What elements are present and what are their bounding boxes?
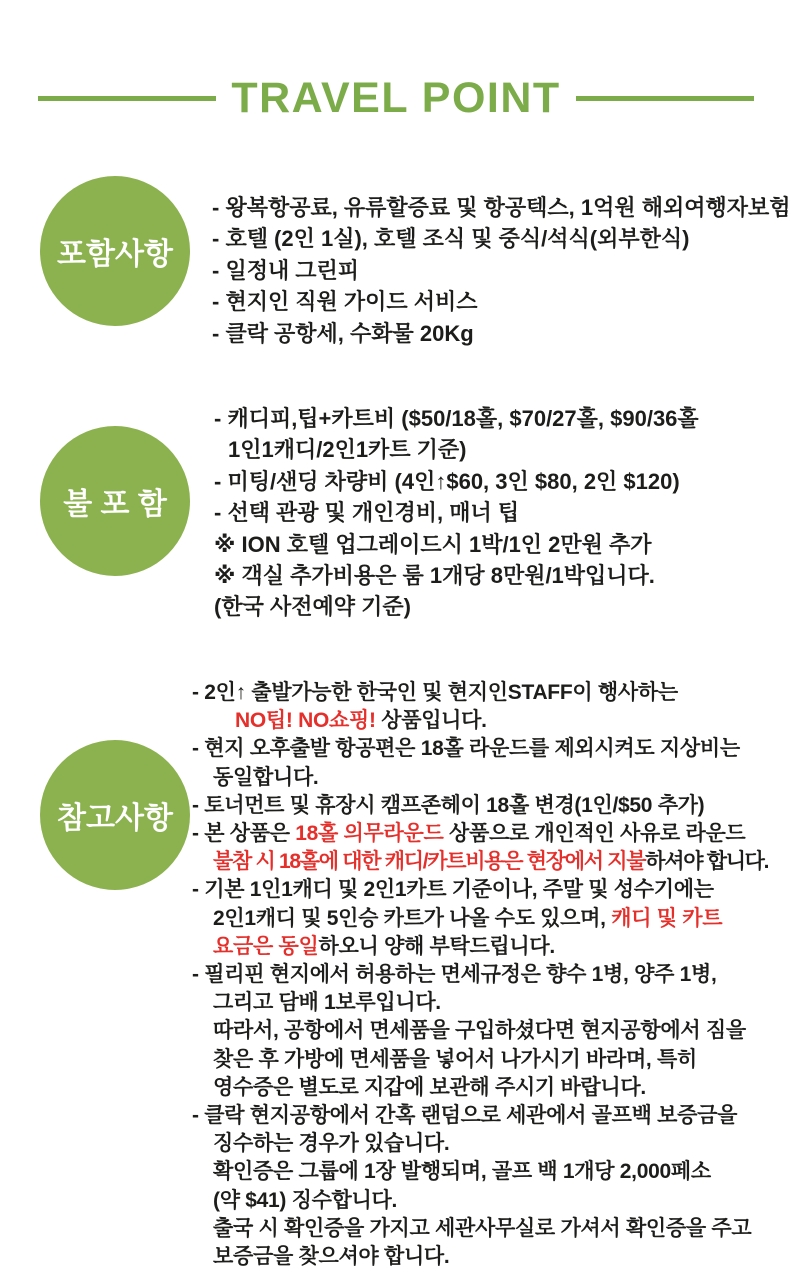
- included-section-text: - 왕복항공료, 유류할증료 및 항공텍스, 1억원 해외여행자보험- 호텔 (…: [212, 192, 791, 349]
- page-title: TRAVEL POINT: [231, 74, 560, 123]
- body-text: - 클락 공항세, 수화물 20Kg: [212, 321, 474, 346]
- text-line: NO팁! NO쇼핑! 상품입니다.: [192, 707, 768, 735]
- highlighted-text: 불참 시 18홀에 대한 캐디/카트비용은 현장에서 지불: [213, 850, 645, 873]
- text-line: - 클락 공항세, 수화물 20Kg: [212, 318, 791, 349]
- text-line: - 2인↑ 출발가능한 한국인 및 현지인STAFF이 행사하는: [192, 679, 768, 707]
- notes-section-text: - 2인↑ 출발가능한 한국인 및 현지인STAFF이 행사하는NO팁! NO쇼…: [192, 679, 768, 1271]
- text-line: 출국 시 확인증을 가지고 세관사무실로 가셔서 확인증을 주고: [192, 1215, 768, 1243]
- text-line: ※ 객실 추가비용은 룸 1개당 8만원/1박입니다.: [214, 560, 699, 591]
- body-text: 출국 시 확인증을 가지고 세관사무실로 가셔서 확인증을 주고: [213, 1217, 751, 1240]
- text-line: 불참 시 18홀에 대한 캐디/카트비용은 현장에서 지불하셔야 합니다.: [192, 848, 768, 876]
- text-line: - 호텔 (2인 1실), 호텔 조식 및 중식/석식(외부한식): [212, 223, 791, 254]
- body-text: 하오니 양해 부탁드립니다.: [318, 935, 554, 958]
- not-included-section-text: - 캐디피,팁+카트비 ($50/18홀, $70/27홀, $90/36홀1인…: [214, 403, 699, 623]
- header: TRAVEL POINT: [0, 74, 792, 123]
- header-rule-left-divider: [38, 96, 216, 101]
- travel-point-flyer: TRAVEL POINT 포함사항 - 왕복항공료, 유류할증료 및 항공텍스,…: [0, 0, 792, 1280]
- body-text: (약 $41) 징수합니다.: [213, 1189, 397, 1212]
- body-text: - 선택 관광 및 개인경비, 매너 팁: [214, 500, 519, 525]
- body-text: - 2인↑ 출발가능한 한국인 및 현지인STAFF이 행사하는: [192, 681, 678, 704]
- text-line: - 캐디피,팁+카트비 ($50/18홀, $70/27홀, $90/36홀: [214, 403, 699, 434]
- text-line: 따라서, 공항에서 면세품을 구입하셨다면 현지공항에서 짐을: [192, 1017, 768, 1045]
- text-line: 동일합니다.: [192, 764, 768, 792]
- body-text: - 일정내 그린피: [212, 258, 359, 283]
- body-text: 영수증은 별도로 지갑에 보관해 주시기 바랍니다.: [213, 1076, 646, 1099]
- body-text: - 클락 현지공항에서 간혹 랜덤으로 세관에서 골프백 보증금을: [192, 1104, 737, 1127]
- text-line: 그리고 담배 1보루입니다.: [192, 989, 768, 1017]
- body-text: - 캐디피,팁+카트비 ($50/18홀, $70/27홀, $90/36홀: [214, 406, 699, 431]
- body-text: ※ ION 호텔 업그레이드시 1박/1인 2만원 추가: [214, 532, 652, 557]
- text-line: ※ ION 호텔 업그레이드시 1박/1인 2만원 추가: [214, 529, 699, 560]
- body-text: 상품으로 개인적인 사유로 라운드: [443, 822, 745, 845]
- body-text: - 현지인 직원 가이드 서비스: [212, 289, 478, 314]
- body-text: 1인1캐디/2인1카트 기준): [228, 437, 467, 462]
- text-line: 2인1캐디 및 5인승 카트가 나올 수도 있으며, 캐디 및 카트: [192, 905, 768, 933]
- body-text: - 미팅/샌딩 차량비 (4인↑$60, 3인 $80, 2인 $120): [214, 469, 680, 494]
- body-text: ※ 객실 추가비용은 룸 1개당 8만원/1박입니다.: [214, 563, 655, 588]
- text-line: (약 $41) 징수합니다.: [192, 1187, 768, 1215]
- body-text: 상품입니다.: [376, 709, 487, 732]
- body-text: 징수하는 경우가 있습니다.: [213, 1132, 449, 1155]
- body-text: 동일합니다.: [213, 766, 318, 789]
- body-text: 확인증은 그룹에 1장 발행되며, 골프 백 1개당 2,000페소: [213, 1160, 711, 1183]
- body-text: - 현지 오후출발 항공편은 18홀 라운드를 제외시켜도 지상비는: [192, 737, 740, 760]
- body-text: 찾은 후 가방에 면세품을 넣어서 나가시기 바라며, 특히: [213, 1048, 697, 1071]
- body-text: 2인1캐디 및 5인승 카트가 나올 수도 있으며,: [213, 907, 611, 930]
- text-line: - 현지 오후출발 항공편은 18홀 라운드를 제외시켜도 지상비는: [192, 735, 768, 763]
- text-line: 찾은 후 가방에 면세품을 넣어서 나가시기 바라며, 특히: [192, 1046, 768, 1074]
- body-text: - 호텔 (2인 1실), 호텔 조식 및 중식/석식(외부한식): [212, 226, 689, 251]
- text-line: - 왕복항공료, 유류할증료 및 항공텍스, 1억원 해외여행자보험: [212, 192, 791, 223]
- body-text: - 왕복항공료, 유류할증료 및 항공텍스, 1억원 해외여행자보험: [212, 195, 791, 220]
- text-line: - 현지인 직원 가이드 서비스: [212, 286, 791, 317]
- included-section-badge: 포함사항: [40, 176, 190, 326]
- text-line: (한국 사전예약 기준): [214, 591, 699, 622]
- not-included-section-badge: 불 포 함: [40, 426, 190, 576]
- text-line: - 토너먼트 및 휴장시 캠프존헤이 18홀 변경(1인/$50 추가): [192, 792, 768, 820]
- text-line: - 일정내 그린피: [212, 255, 791, 286]
- text-line: 징수하는 경우가 있습니다.: [192, 1130, 768, 1158]
- text-line: - 미팅/샌딩 차량비 (4인↑$60, 3인 $80, 2인 $120): [214, 466, 699, 497]
- body-text: (한국 사전예약 기준): [214, 594, 411, 619]
- body-text: 하셔야 합니다.: [645, 850, 768, 873]
- notes-section-badge: 참고사항: [40, 740, 190, 890]
- body-text: 그리고 담배 1보루입니다.: [213, 991, 441, 1014]
- body-text: 보증금을 찾으셔야 합니다.: [213, 1245, 449, 1268]
- highlighted-text: 캐디 및 카트: [611, 907, 722, 930]
- text-line: 1인1캐디/2인1카트 기준): [214, 434, 699, 465]
- highlighted-text: 요금은 동일: [213, 935, 318, 958]
- text-line: - 기본 1인1캐디 및 2인1카트 기준이나, 주말 및 성수기에는: [192, 876, 768, 904]
- body-text: - 본 상품은: [192, 822, 295, 845]
- highlighted-text: 18홀 의무라운드: [295, 822, 443, 845]
- body-text: 따라서, 공항에서 면세품을 구입하셨다면 현지공항에서 짐을: [213, 1019, 746, 1042]
- text-line: - 본 상품은 18홀 의무라운드 상품으로 개인적인 사유로 라운드: [192, 820, 768, 848]
- body-text: - 기본 1인1캐디 및 2인1카트 기준이나, 주말 및 성수기에는: [192, 878, 714, 901]
- highlighted-text: NO팁! NO쇼핑!: [235, 709, 376, 732]
- text-line: 요금은 동일하오니 양해 부탁드립니다.: [192, 933, 768, 961]
- text-line: 영수증은 별도로 지갑에 보관해 주시기 바랍니다.: [192, 1074, 768, 1102]
- text-line: 확인증은 그룹에 1장 발행되며, 골프 백 1개당 2,000페소: [192, 1158, 768, 1186]
- body-text: - 필리핀 현지에서 허용하는 면세규정은 향수 1병, 양주 1병,: [192, 963, 717, 986]
- text-line: 보증금을 찾으셔야 합니다.: [192, 1243, 768, 1271]
- header-rule-right-divider: [576, 96, 754, 101]
- text-line: - 필리핀 현지에서 허용하는 면세규정은 향수 1병, 양주 1병,: [192, 961, 768, 989]
- text-line: - 선택 관광 및 개인경비, 매너 팁: [214, 497, 699, 528]
- text-line: - 클락 현지공항에서 간혹 랜덤으로 세관에서 골프백 보증금을: [192, 1102, 768, 1130]
- body-text: - 토너먼트 및 휴장시 캠프존헤이 18홀 변경(1인/$50 추가): [192, 794, 704, 817]
